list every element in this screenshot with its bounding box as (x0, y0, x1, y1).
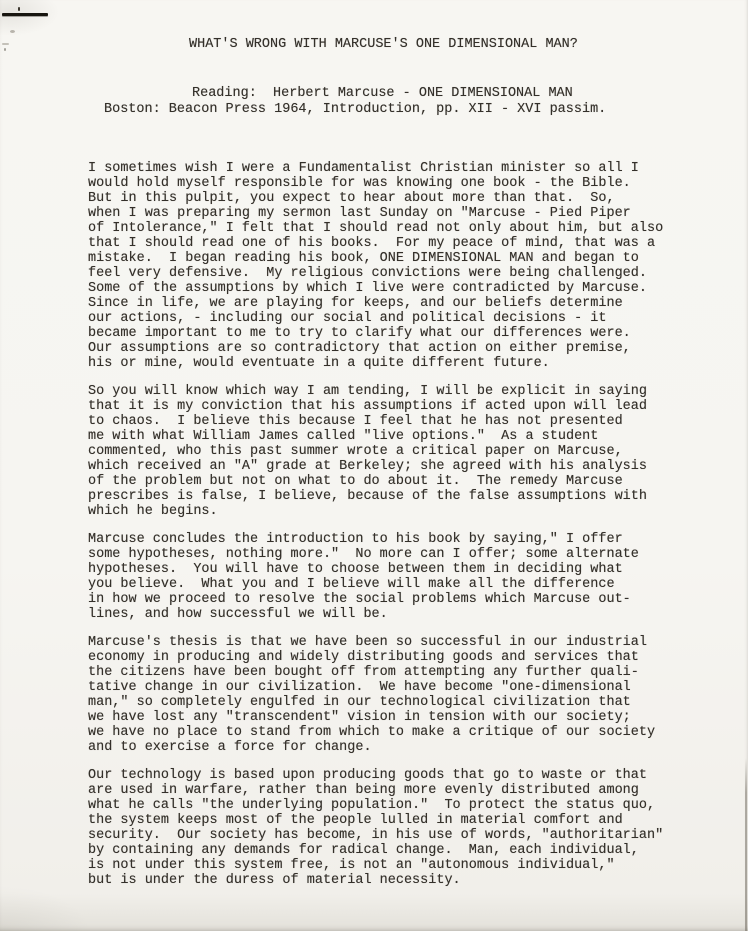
scan-speck (10, 30, 15, 33)
document-page: WHAT'S WRONG WITH MARCUSE'S ONE DIMENSIO… (0, 0, 748, 931)
paragraph: I sometimes wish I were a Fundamentalist… (88, 161, 708, 371)
reading-reference-line-1: Reading: Herbert Marcuse - ONE DIMENSION… (192, 86, 573, 101)
paragraph: So you will know which way I am tending,… (88, 384, 708, 519)
paragraph: Marcuse's thesis is that we have been so… (88, 635, 708, 755)
reading-reference-line-2: Boston: Beacon Press 1964, Introduction,… (104, 102, 606, 117)
document-body: I sometimes wish I were a Fundamentalist… (88, 161, 708, 901)
scan-speck (2, 43, 9, 45)
paragraph: Marcuse concludes the introduction to hi… (88, 532, 708, 622)
page-edge-line (745, 758, 747, 931)
paragraph: Our technology is based upon producing g… (88, 768, 708, 888)
staple-mark (2, 13, 48, 16)
staple-dot-mark (18, 7, 20, 11)
document-title: WHAT'S WRONG WITH MARCUSE'S ONE DIMENSIO… (189, 37, 578, 52)
scan-speck (4, 48, 6, 51)
